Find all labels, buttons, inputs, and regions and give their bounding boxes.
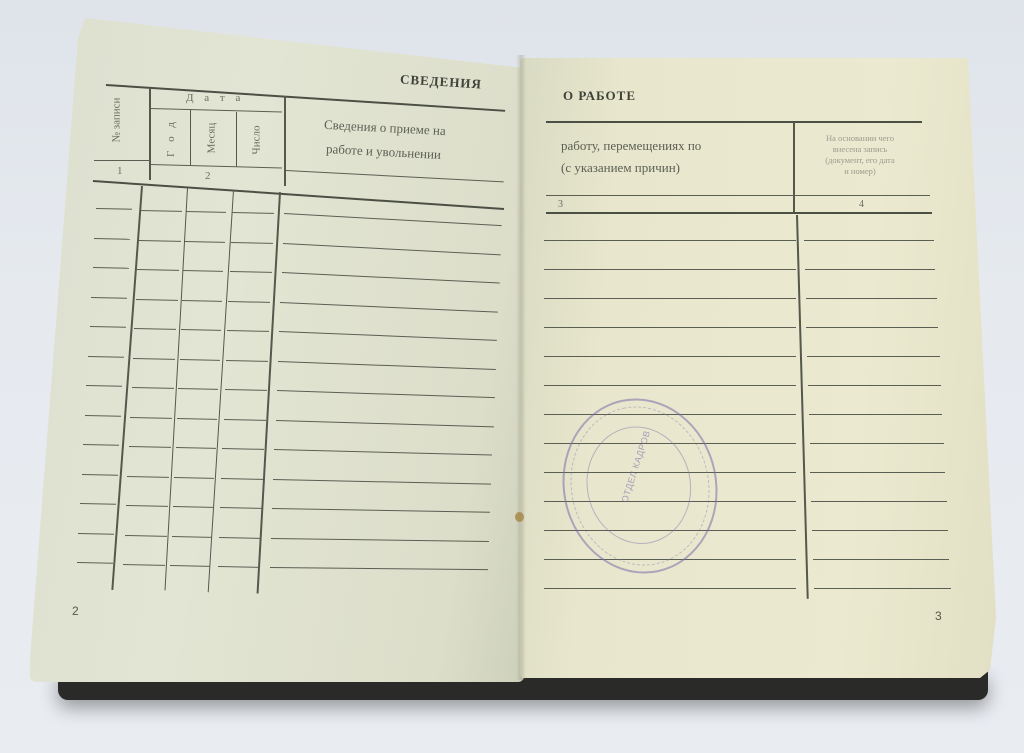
col3-label-line2: (с указанием причин) bbox=[561, 158, 680, 178]
left-row-rule bbox=[224, 419, 266, 421]
header-divider-1 bbox=[149, 88, 151, 180]
right-row-rule bbox=[810, 443, 944, 444]
right-row-rule bbox=[544, 385, 796, 386]
right-row-rule bbox=[807, 356, 939, 357]
date-divider-2 bbox=[236, 112, 237, 167]
right-row-rule bbox=[805, 269, 936, 270]
right-row-rule bbox=[806, 298, 937, 299]
right-row-rule bbox=[806, 327, 938, 328]
left-row-rule bbox=[177, 418, 217, 420]
col-day-label: Число bbox=[250, 126, 262, 155]
col3-label-line1: работу, перемещениях по bbox=[561, 136, 701, 156]
col4-label-line4: и номер) bbox=[800, 166, 920, 177]
left-row-rule bbox=[231, 242, 273, 244]
left-row-rule bbox=[179, 359, 219, 361]
left-page-number: 2 bbox=[72, 604, 79, 618]
left-row-rule bbox=[85, 415, 121, 417]
right-row-rule bbox=[544, 298, 796, 299]
col-number-3: 3 bbox=[558, 199, 563, 210]
left-row-rule bbox=[133, 358, 175, 360]
right-row-rule bbox=[544, 240, 796, 241]
left-row-rule bbox=[228, 301, 270, 303]
right-row-rule bbox=[544, 588, 796, 589]
left-row-rule bbox=[221, 478, 263, 480]
left-row-rule bbox=[94, 238, 130, 240]
right-row-rule bbox=[809, 414, 943, 415]
left-row-rule bbox=[130, 417, 172, 419]
col4-label-line3: (документ, его дата bbox=[800, 155, 920, 166]
header-divider-2 bbox=[284, 96, 286, 186]
left-row-rule bbox=[78, 533, 114, 535]
entry-no-rule bbox=[94, 160, 150, 161]
right-row-rule bbox=[544, 356, 796, 357]
right-header-sub-rule bbox=[546, 195, 930, 196]
left-row-rule bbox=[172, 536, 212, 538]
col-number-2: 2 bbox=[205, 170, 211, 182]
right-row-rule bbox=[811, 501, 946, 502]
col-entry-no-label: № записи bbox=[110, 98, 122, 143]
right-header-bottom-rule bbox=[546, 212, 932, 214]
date-divider-1 bbox=[190, 110, 191, 165]
left-row-rule bbox=[127, 476, 169, 478]
col-month-label: Месяц bbox=[205, 123, 217, 154]
book-spine-fold bbox=[516, 55, 526, 680]
left-row-rule bbox=[88, 356, 124, 358]
left-row-rule bbox=[136, 299, 178, 301]
left-page bbox=[30, 18, 524, 682]
paper-stain bbox=[515, 512, 524, 522]
right-page-number: 3 bbox=[935, 609, 942, 623]
left-row-rule bbox=[182, 300, 222, 302]
col-year-label: Г о д bbox=[165, 119, 177, 157]
left-row-rule bbox=[82, 474, 118, 476]
right-row-rule bbox=[810, 472, 945, 473]
col4-label-line1: На основании чего bbox=[800, 133, 920, 144]
left-row-rule bbox=[226, 360, 268, 362]
right-row-rule bbox=[544, 327, 796, 328]
left-row-rule bbox=[185, 241, 225, 243]
right-header-top-rule bbox=[546, 121, 922, 123]
right-row-rule bbox=[544, 269, 796, 270]
col-number-1: 1 bbox=[117, 165, 123, 177]
left-row-rule bbox=[91, 297, 127, 299]
col-date-label: Д а т а bbox=[186, 92, 244, 104]
right-row-rule bbox=[814, 588, 951, 589]
col-number-4: 4 bbox=[859, 199, 864, 210]
right-row-rule bbox=[808, 385, 941, 386]
right-header-divider bbox=[793, 122, 795, 212]
right-row-rule bbox=[804, 240, 934, 241]
left-row-rule bbox=[125, 535, 167, 537]
right-page-heading: О РАБОТЕ bbox=[563, 88, 636, 104]
left-row-rule bbox=[139, 240, 181, 242]
right-row-rule bbox=[813, 559, 950, 560]
right-row-rule bbox=[812, 530, 948, 531]
col4-label-line2: внесена запись bbox=[800, 144, 920, 155]
left-row-rule bbox=[174, 477, 214, 479]
left-row-rule bbox=[219, 537, 261, 539]
